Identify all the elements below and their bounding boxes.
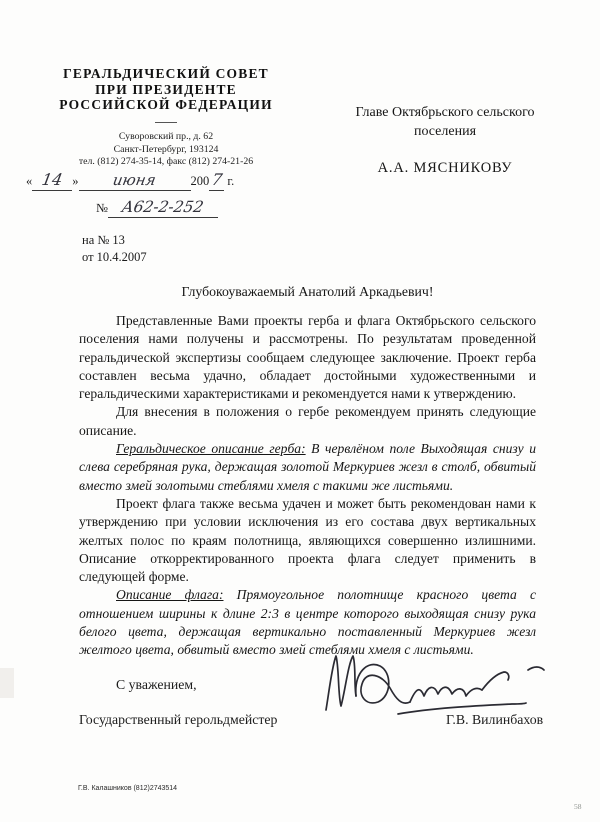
letterhead-divider: [155, 122, 177, 123]
outgoing-number-line: №А62-2-252: [96, 198, 218, 218]
signer-title: Государственный герольдмейстер: [79, 712, 277, 728]
recipient-line-1: Главе Октябрьского сельского: [356, 105, 535, 120]
reference-date: от 10.4.2007: [82, 249, 147, 266]
archive-page-number: 58: [574, 802, 582, 811]
org-name-line-1: ГЕРАЛЬДИЧЕСКИЙ СОВЕТ: [30, 66, 302, 82]
paragraph-3: Геральдическое описание герба: В червлён…: [79, 440, 536, 495]
year-printed: 200: [191, 174, 210, 188]
scan-smudge: [0, 668, 14, 698]
scanned-letter-page: ГЕРАЛЬДИЧЕСКИЙ СОВЕТ ПРИ ПРЕЗИДЕНТЕ РОСС…: [0, 0, 600, 822]
handwritten-day: 14: [40, 170, 64, 189]
paragraph-1: Представленные Вами проекты герба и флаг…: [79, 312, 536, 403]
letter-body: Представленные Вами проекты герба и флаг…: [79, 312, 536, 660]
address-line-3: тел. (812) 274-35-14, факс (812) 274-21-…: [10, 156, 322, 169]
reference-number: на № 13: [82, 232, 147, 249]
number-sign: №: [96, 201, 108, 215]
flag-description-lead: Описание флага:: [116, 587, 223, 602]
recipient-name: А.А. МЯСНИКОВУ: [305, 159, 585, 178]
letterhead-address: Суворовский пр., д. 62 Санкт-Петербург, …: [10, 131, 322, 169]
signature-scribble: [312, 644, 562, 726]
date-line: «14»июня2007 г.: [26, 170, 306, 191]
handwritten-year-digit: 7: [210, 170, 224, 189]
heraldic-description-lead: Геральдическое описание герба:: [116, 441, 306, 456]
closing-regards: С уважением,: [116, 677, 197, 693]
address-line-1: Суворовский пр., д. 62: [10, 131, 322, 144]
org-name-line-3: РОССИЙСКОЙ ФЕДЕРАЦИИ: [30, 97, 302, 113]
executor-contact: Г.В. Калашников (812)2743514: [78, 785, 177, 792]
recipient-line-2: поселения: [414, 124, 476, 139]
year-suffix: г.: [227, 174, 234, 188]
address-line-2: Санкт-Петербург, 193124: [10, 144, 322, 157]
reference-block: на № 13 от 10.4.2007: [82, 232, 147, 266]
salutation: Глубокоуважаемый Анатолий Аркадьевич!: [79, 284, 536, 300]
handwritten-number: А62-2-252: [121, 198, 206, 216]
recipient-block: Главе Октябрьского сельского поселения А…: [305, 103, 585, 178]
org-name-line-2: ПРИ ПРЕЗИДЕНТЕ: [30, 82, 302, 98]
handwritten-month: июня: [112, 171, 158, 189]
paragraph-4: Проект флага также весьма удачен и может…: [79, 495, 536, 586]
letterhead-org-name: ГЕРАЛЬДИЧЕСКИЙ СОВЕТ ПРИ ПРЕЗИДЕНТЕ РОСС…: [30, 66, 302, 113]
paragraph-2: Для внесения в положения о гербе рекомен…: [79, 403, 536, 440]
